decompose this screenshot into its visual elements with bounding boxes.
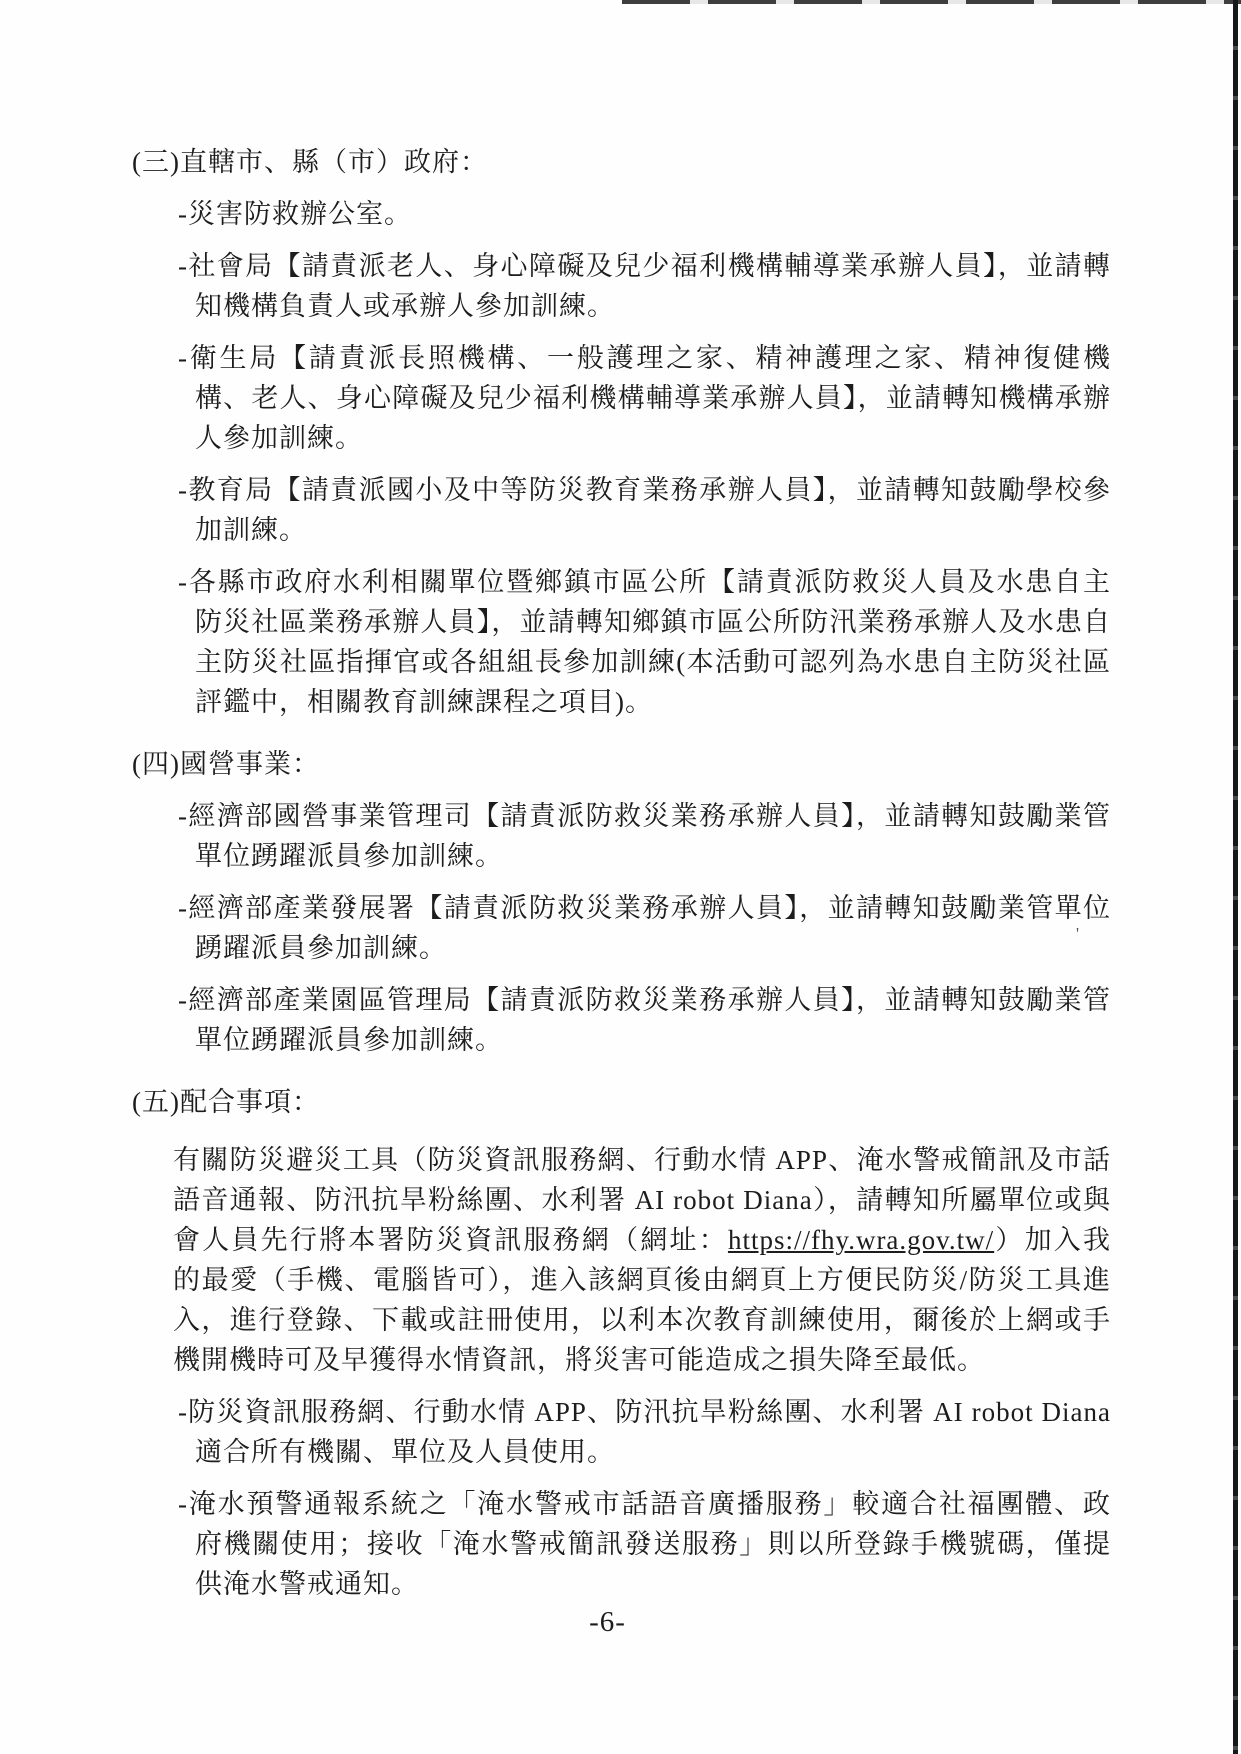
- list-item: -防災資訊服務網、行動水情 APP、防汛抗旱粉絲團、水利署 AI robot D…: [195, 1392, 1111, 1472]
- list-item: -淹水預警通報系統之「淹水警戒市話語音廣播服務」較適合社福團體、政府機關使用；接…: [195, 1484, 1111, 1604]
- section-heading: (四)國營事業：: [132, 744, 1241, 784]
- section-heading: (三)直轄市、縣（市）政府：: [132, 142, 1241, 182]
- section-municipal-governments: (三)直轄市、縣（市）政府： -災害防救辦公室。 -社會局【請責派老人、身心障礙…: [0, 142, 1241, 722]
- page-content: (三)直轄市、縣（市）政府： -災害防救辦公室。 -社會局【請責派老人、身心障礙…: [0, 0, 1241, 1604]
- list-item: -經濟部產業園區管理局【請責派防救災業務承辦人員】，並請轉知鼓勵業管單位踴躍派員…: [195, 980, 1111, 1060]
- list-item: -教育局【請責派國小及中等防災教育業務承辦人員】，並請轉知鼓勵學校參加訓練。: [195, 470, 1111, 550]
- compliance-paragraph: 有關防災避災工具（防災資訊服務網、行動水情 APP、淹水警戒簡訊及市話語音通報、…: [173, 1140, 1111, 1380]
- list-item: -災害防救辦公室。: [195, 194, 1111, 234]
- top-edge-scan-artifact: [622, 0, 1241, 4]
- right-edge-scan-artifact: [1233, 0, 1238, 1754]
- section-cooperation-matters: (五)配合事項： 有關防災避災工具（防災資訊服務網、行動水情 APP、淹水警戒簡…: [0, 1082, 1241, 1604]
- list-item: -經濟部產業發展署【請責派防救災業務承辦人員】，並請轉知鼓勵業管單位踴躍派員參加…: [195, 888, 1111, 968]
- section-state-owned-enterprises: (四)國營事業： -經濟部國營事業管理司【請責派防救災業務承辦人員】，並請轉知鼓…: [0, 744, 1241, 1060]
- ink-speck-artifact: ': [1076, 924, 1079, 944]
- fhy-url-link[interactable]: https://fhy.wra.gov.tw/: [728, 1225, 994, 1255]
- list-item: -經濟部國營事業管理司【請責派防救災業務承辦人員】，並請轉知鼓勵業管單位踴躍派員…: [195, 796, 1111, 876]
- list-item: -社會局【請責派老人、身心障礙及兒少福利機構輔導業承辦人員】，並請轉知機構負責人…: [195, 246, 1111, 326]
- document-page: ' (三)直轄市、縣（市）政府： -災害防救辦公室。 -社會局【請責派老人、身心…: [0, 0, 1241, 1754]
- list-item: -各縣市政府水利相關單位暨鄉鎮市區公所【請責派防救災人員及水患自主防災社區業務承…: [195, 562, 1111, 722]
- section-heading: (五)配合事項：: [132, 1082, 1241, 1122]
- list-item: -衛生局【請責派長照機構、一般護理之家、精神護理之家、精神復健機構、老人、身心障…: [195, 338, 1111, 458]
- page-number: -6-: [0, 1606, 1215, 1639]
